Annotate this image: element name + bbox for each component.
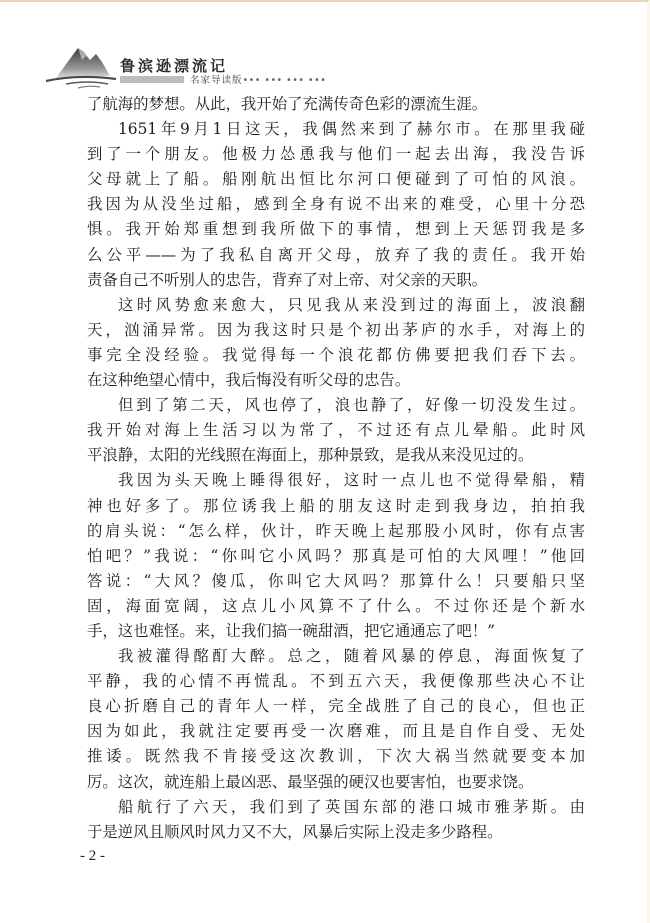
page-number: - 2 -: [80, 848, 105, 865]
edition-label: 名家导读版••• ••• ••• •••: [190, 72, 326, 86]
text-line: 神也好多了。那位诱我上船的朋友这时走到我身边，拍拍我: [87, 494, 585, 519]
text-line: 责备自己不听别人的忠告，背弃了对上帝、对父亲的天职。: [87, 268, 585, 293]
edition-text: 名家导读版: [190, 75, 243, 86]
text-line: 于是逆风且顺风时风力又不大，风暴后实际上没走多少路程。: [87, 820, 585, 845]
text-line: 天，汹涌异常。因为我这时只是个初出茅庐的水手，对海上的: [87, 318, 585, 343]
text-line: 这时风势愈来愈大，只见我从来没到过的海面上，波浪翻: [87, 293, 585, 318]
text-line: 推诿。既然我不肯接受这次教训，下次大祸当然就要变本加: [87, 744, 585, 769]
text-line: 么公平——为了我私自离开父母，放弃了我的责任。我开始: [87, 243, 585, 268]
text-line: 我开始对海上生活习以为常了，不过还有点儿晕船。此时风: [87, 418, 585, 443]
text-line: 答说：“大风？傻瓜，你叫它大风吗？那算什么！只要船只坚: [87, 569, 585, 594]
text-line: 我因为从没坐过船，感到全身有说不出来的难受，心里十分恐: [87, 192, 585, 217]
text-line: 父母就上了船。船刚航出恒比尔河口便碰到了可怕的风浪。: [87, 167, 585, 192]
book-page: 鲁滨逊漂流记 名家导读版••• ••• ••• ••• 了航海的梦想。从此，我开…: [0, 0, 650, 923]
body-text: 了航海的梦想。从此，我开始了充满传奇色彩的漂流生涯。1651年9月1日这天，我偶…: [87, 92, 585, 845]
text-line: 在这种绝望心情中，我后悔没有听父母的忠告。: [87, 368, 585, 393]
text-line: 平静，我的心情不再慌乱。不到五六天，我便像那些决心不让: [87, 669, 585, 694]
text-line: 事完全没经验。我觉得每一个浪花都仿佛要把我们吞下去。: [87, 343, 585, 368]
text-line: 我因为头天晚上睡得很好，这时一点儿也不觉得晕船，精: [87, 468, 585, 493]
text-line: 平浪静，太阳的光线照在海面上，那种景致，是我从来没见过的。: [87, 443, 585, 468]
text-line: 惧。我开始郑重想到我所做下的事情，想到上天惩罚我是多: [87, 217, 585, 242]
text-line: 了航海的梦想。从此，我开始了充满传奇色彩的漂流生涯。: [87, 92, 585, 117]
text-line: 手，这也难怪。来，让我们搞一碗甜酒，把它通通忘了吧！”: [87, 619, 585, 644]
text-line: 我被灌得酩酊大醉。总之，随着风暴的停息，海面恢复了: [87, 644, 585, 669]
text-line: 因为如此，我就注定要再受一次磨难，而且是自作自受、无处: [87, 719, 585, 744]
text-line: 到了一个朋友。他极力怂恿我与他们一起去出海，我没告诉: [87, 142, 585, 167]
text-line: 但到了第二天，风也停了，浪也静了，好像一切没发生过。: [87, 393, 585, 418]
running-header: 鲁滨逊漂流记 名家导读版••• ••• ••• •••: [38, 38, 358, 90]
text-line: 良心折磨自己的青年人一样，完全战胜了自己的良心，但也正: [87, 694, 585, 719]
title-underline-bar: [120, 76, 184, 83]
text-line: 1651年9月1日这天，我偶然来到了赫尔市。在那里我碰: [87, 117, 585, 142]
text-line: 船航行了六天，我们到了英国东部的港口城市雅茅斯。由: [87, 795, 585, 820]
text-line: 怕吧？”我说：“你叫它小风吗？那真是可怕的大风哩！”他回: [87, 544, 585, 569]
text-line: 固，海面宽阔，这点儿小风算不了什么。不过你还是个新水: [87, 594, 585, 619]
decorative-dots: ••• ••• ••• •••: [243, 75, 327, 86]
text-line: 的肩头说：“怎么样，伙计，昨天晚上起那股小风时，你有点害: [87, 519, 585, 544]
text-line: 厉。这次，就连船上最凶恶、最坚强的硬汉也要害怕，也要求饶。: [87, 770, 585, 795]
